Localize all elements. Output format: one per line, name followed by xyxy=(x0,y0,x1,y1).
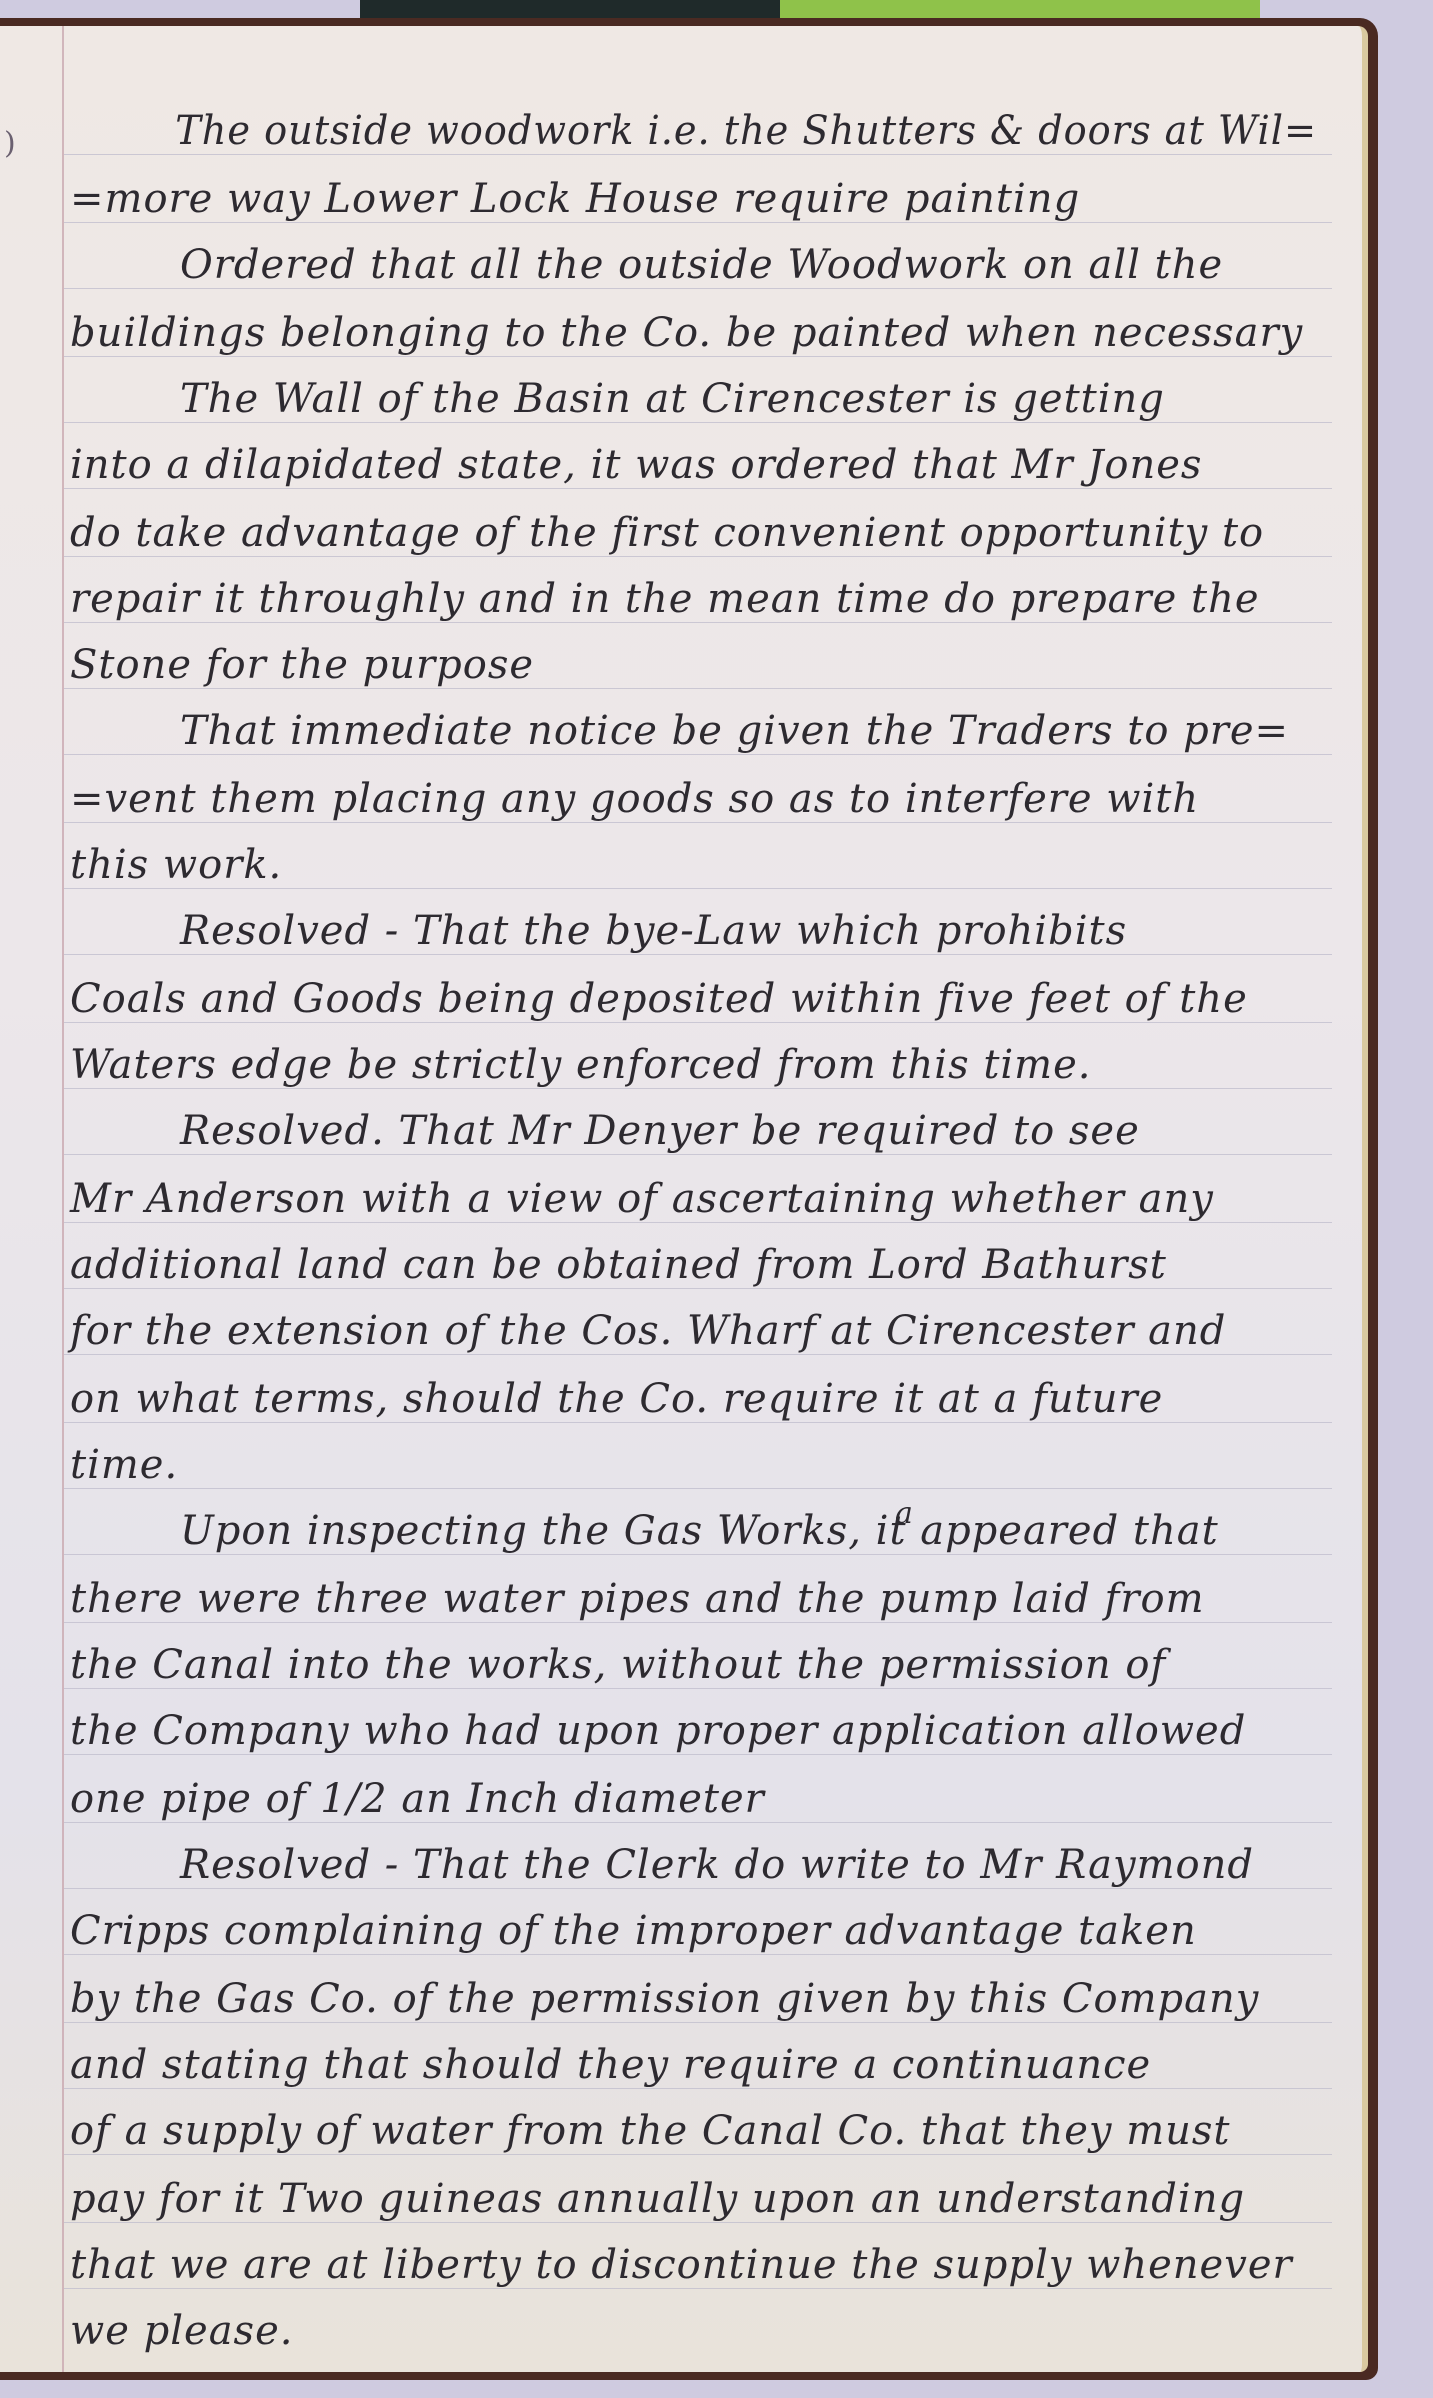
ruled-line xyxy=(64,1422,1332,1423)
ruled-line xyxy=(64,556,1332,557)
ruled-line xyxy=(64,2088,1332,2089)
ruled-line xyxy=(64,1088,1332,1089)
text-line: Mr Anderson with a view of ascertaining … xyxy=(70,1176,1322,1222)
text-line: the Canal into the works, without the pe… xyxy=(70,1642,1322,1688)
text-line: Resolved - That the Clerk do write to Mr… xyxy=(70,1842,1322,1888)
text-line: =vent them placing any goods so as to in… xyxy=(70,776,1322,822)
ruled-line xyxy=(64,1488,1332,1489)
text-line: Resolved - That the bye-Law which prohib… xyxy=(70,908,1322,954)
text-line: the Company who had upon proper applicat… xyxy=(70,1708,1322,1754)
text-line: That immediate notice be given the Trade… xyxy=(70,708,1322,754)
ruled-line xyxy=(64,2288,1332,2289)
ruled-line xyxy=(64,954,1332,955)
text-line: Waters edge be strictly enforced from th… xyxy=(70,1042,1322,1088)
text-line: Cripps complaining of the improper advan… xyxy=(70,1908,1322,1954)
text-line: Resolved. That Mr Denyer be required to … xyxy=(70,1108,1322,1154)
ruled-line xyxy=(64,822,1332,823)
text-line: Ordered that all the outside Woodwork on… xyxy=(70,242,1322,288)
ruled-line xyxy=(64,154,1332,155)
text-line: we please. xyxy=(70,2308,1322,2354)
text-line: there were three water pipes and the pum… xyxy=(70,1576,1322,1622)
ruled-line xyxy=(64,1688,1332,1689)
ruled-line xyxy=(64,422,1332,423)
ruled-line xyxy=(64,1822,1332,1823)
margin-rule xyxy=(62,26,64,2372)
text-line: The Wall of the Basin at Cirencester is … xyxy=(70,376,1322,422)
ruled-line xyxy=(64,1154,1332,1155)
text-line: this work. xyxy=(70,842,1322,888)
edge-mark: ) xyxy=(4,126,16,161)
ledger-page: ) The outside woodwork i.e. the Shutters… xyxy=(0,26,1368,2372)
text-line: repair it throughly and in the mean time… xyxy=(70,576,1322,622)
text-line: one pipe of 1/2 an Inch diameter xyxy=(70,1776,1322,1822)
text-line: =more way Lower Lock House require paint… xyxy=(70,176,1322,222)
inserted-word: a xyxy=(895,1496,913,1531)
text-line: pay for it Two guineas annually upon an … xyxy=(70,2176,1322,2222)
ruled-line xyxy=(64,2154,1332,2155)
ruled-line xyxy=(64,2222,1332,2223)
ruled-line xyxy=(64,1354,1332,1355)
text-line: and stating that should they require a c… xyxy=(70,2042,1322,2088)
text-line: into a dilapidated state, it was ordered… xyxy=(70,442,1322,488)
text-line: that we are at liberty to discontinue th… xyxy=(70,2242,1322,2288)
text-line: The outside woodwork i.e. the Shutters &… xyxy=(70,108,1268,154)
ruled-line xyxy=(64,1754,1332,1755)
ruled-line xyxy=(64,622,1332,623)
ruled-line xyxy=(64,222,1332,223)
text-line: additional land can be obtained from Lor… xyxy=(70,1242,1322,1288)
ruled-line xyxy=(64,1022,1332,1023)
text-line: by the Gas Co. of the permission given b… xyxy=(70,1976,1322,2022)
text-line: on what terms, should the Co. require it… xyxy=(70,1376,1322,1422)
ruled-line xyxy=(64,688,1332,689)
ruled-line xyxy=(64,754,1332,755)
text-line: Upon inspecting the Gas Works, it appear… xyxy=(70,1508,1322,1554)
text-line: time. xyxy=(70,1442,1322,1488)
text-line: Stone for the purpose xyxy=(70,642,1322,688)
ruled-line xyxy=(64,1622,1332,1623)
text-line: for the extension of the Cos. Wharf at C… xyxy=(70,1308,1322,1354)
ruled-line xyxy=(64,356,1332,357)
ruled-line xyxy=(64,1954,1332,1955)
text-line: do take advantage of the first convenien… xyxy=(70,510,1322,556)
ruled-line xyxy=(64,1222,1332,1223)
text-line: of a supply of water from the Canal Co. … xyxy=(70,2108,1322,2154)
background-object-dark xyxy=(360,0,780,18)
ruled-line xyxy=(64,288,1332,289)
ruled-line xyxy=(64,488,1332,489)
ruled-line xyxy=(64,888,1332,889)
ruled-line xyxy=(64,1888,1332,1889)
ruled-line xyxy=(64,1554,1332,1555)
ruled-line xyxy=(64,1288,1332,1289)
text-line: buildings belonging to the Co. be painte… xyxy=(70,310,1322,356)
ruled-line xyxy=(64,2022,1332,2023)
text-line: Coals and Goods being deposited within f… xyxy=(70,976,1322,1022)
